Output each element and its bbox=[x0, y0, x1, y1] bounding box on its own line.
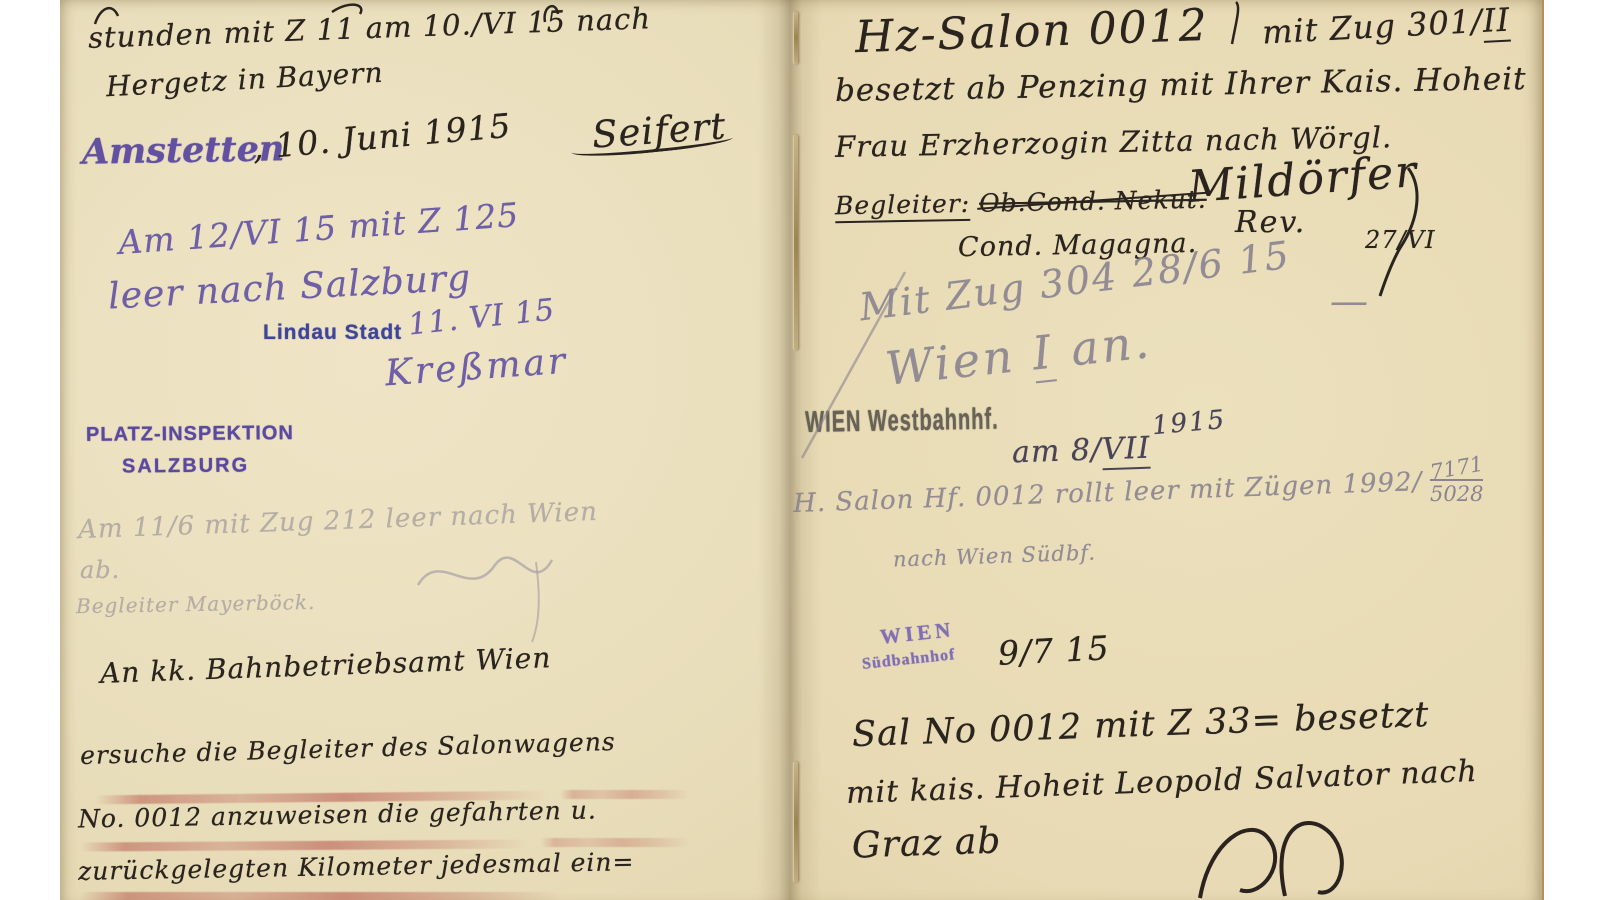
rubber-stamp-platz-inspektion-line2: SALZBURG bbox=[122, 455, 249, 477]
signature-seifert: Seifert bbox=[591, 107, 727, 153]
westbahnhof-date-roman: VII bbox=[1101, 431, 1151, 471]
binding-stitch bbox=[794, 762, 798, 882]
pencil-entry-begleiter: Begleiter Mayerböck. bbox=[76, 592, 316, 616]
binding-stitch bbox=[794, 12, 798, 64]
suedbahnhof-date: 9/7 15 bbox=[997, 631, 1110, 670]
westbahnhof-date: am 8/VII bbox=[1012, 434, 1151, 469]
red-crayon-underline bbox=[80, 892, 560, 900]
rubber-stamp-wien-westbahnhof: WIEN Westbahnhf. bbox=[805, 405, 999, 440]
rev-date: 27/VI bbox=[1365, 228, 1435, 252]
rubber-stamp-lindau-stadt: Lindau Stadt bbox=[263, 322, 402, 344]
begleiter-name-struck: Ob.Cond. Nekut. bbox=[979, 185, 1207, 218]
scanned-logbook-spread: stunden mit Z 11 am 10./VI 15 nach Herge… bbox=[0, 0, 1600, 900]
binding-stitch bbox=[794, 135, 798, 350]
red-crayon-underline bbox=[540, 838, 690, 847]
rubber-stamp-platz-inspektion-line1: PLATZ-INSPEKTION bbox=[86, 423, 294, 446]
entry-graz-ab: Graz ab bbox=[851, 823, 1002, 864]
westbahnhof-year: 1915 bbox=[1151, 407, 1227, 439]
pencil-entry-line2: ab. bbox=[80, 558, 120, 582]
pencil-dash: — bbox=[1330, 282, 1369, 320]
entry-salon-number: Hz-Salon 0012 bbox=[854, 4, 1209, 60]
pencil-train-fraction: 7171 5028 bbox=[1430, 458, 1483, 505]
begleiter-label: Begleiter: bbox=[835, 189, 971, 223]
westbahnhof-date-text: am 8/ bbox=[1011, 432, 1102, 470]
rev-label: Rev. bbox=[1235, 208, 1306, 238]
entry-train-301-roman: II bbox=[1482, 1, 1511, 43]
entry-begleiter-line: Begleiter: Ob.Cond. Nekut. bbox=[835, 187, 1207, 218]
pencil-an-text: an. bbox=[1051, 314, 1154, 378]
